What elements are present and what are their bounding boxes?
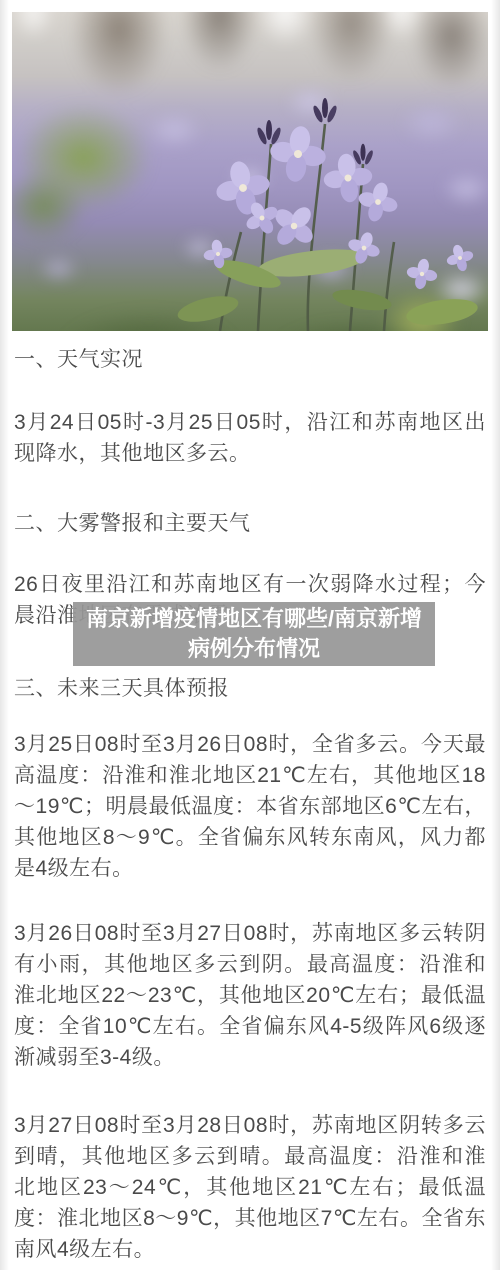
forecast-day2-paragraph: 3月26日08时至3月27日08时，苏南地区多云转阴有小雨，其他地区多云到阴。最… bbox=[14, 918, 486, 1073]
page-edge-shade-right bbox=[491, 0, 500, 1270]
flower-foreground-illustration bbox=[12, 12, 488, 331]
section-heading-three-day-forecast: 三、未来三天具体预报 bbox=[14, 673, 486, 704]
watermark-overlay: 南京新增疫情地区有哪些/南京新增病例分布情况 bbox=[73, 602, 435, 666]
section-heading-weather-facts: 一、天气实况 bbox=[14, 344, 486, 375]
forecast-day3-paragraph: 3月27日08时至3月28日08时，苏南地区阴转多云到晴，其他地区多云到晴。最高… bbox=[14, 1110, 486, 1265]
weather-facts-paragraph: 3月24日05时-3月25日05时，沿江和苏南地区出现降水，其他地区多云。 bbox=[14, 407, 486, 469]
article-page: 一、天气实况 3月24日05时-3月25日05时，沿江和苏南地区出现降水，其他地… bbox=[0, 0, 500, 1270]
forecast-day1-paragraph: 3月25日08时至3月26日08时，全省多云。今天最高温度：沿淮和淮北地区21℃… bbox=[14, 729, 486, 884]
section-heading-fog-warning: 二、大雾警报和主要天气 bbox=[14, 508, 486, 539]
page-edge-shade-left bbox=[0, 0, 9, 1270]
hero-image bbox=[12, 12, 488, 331]
